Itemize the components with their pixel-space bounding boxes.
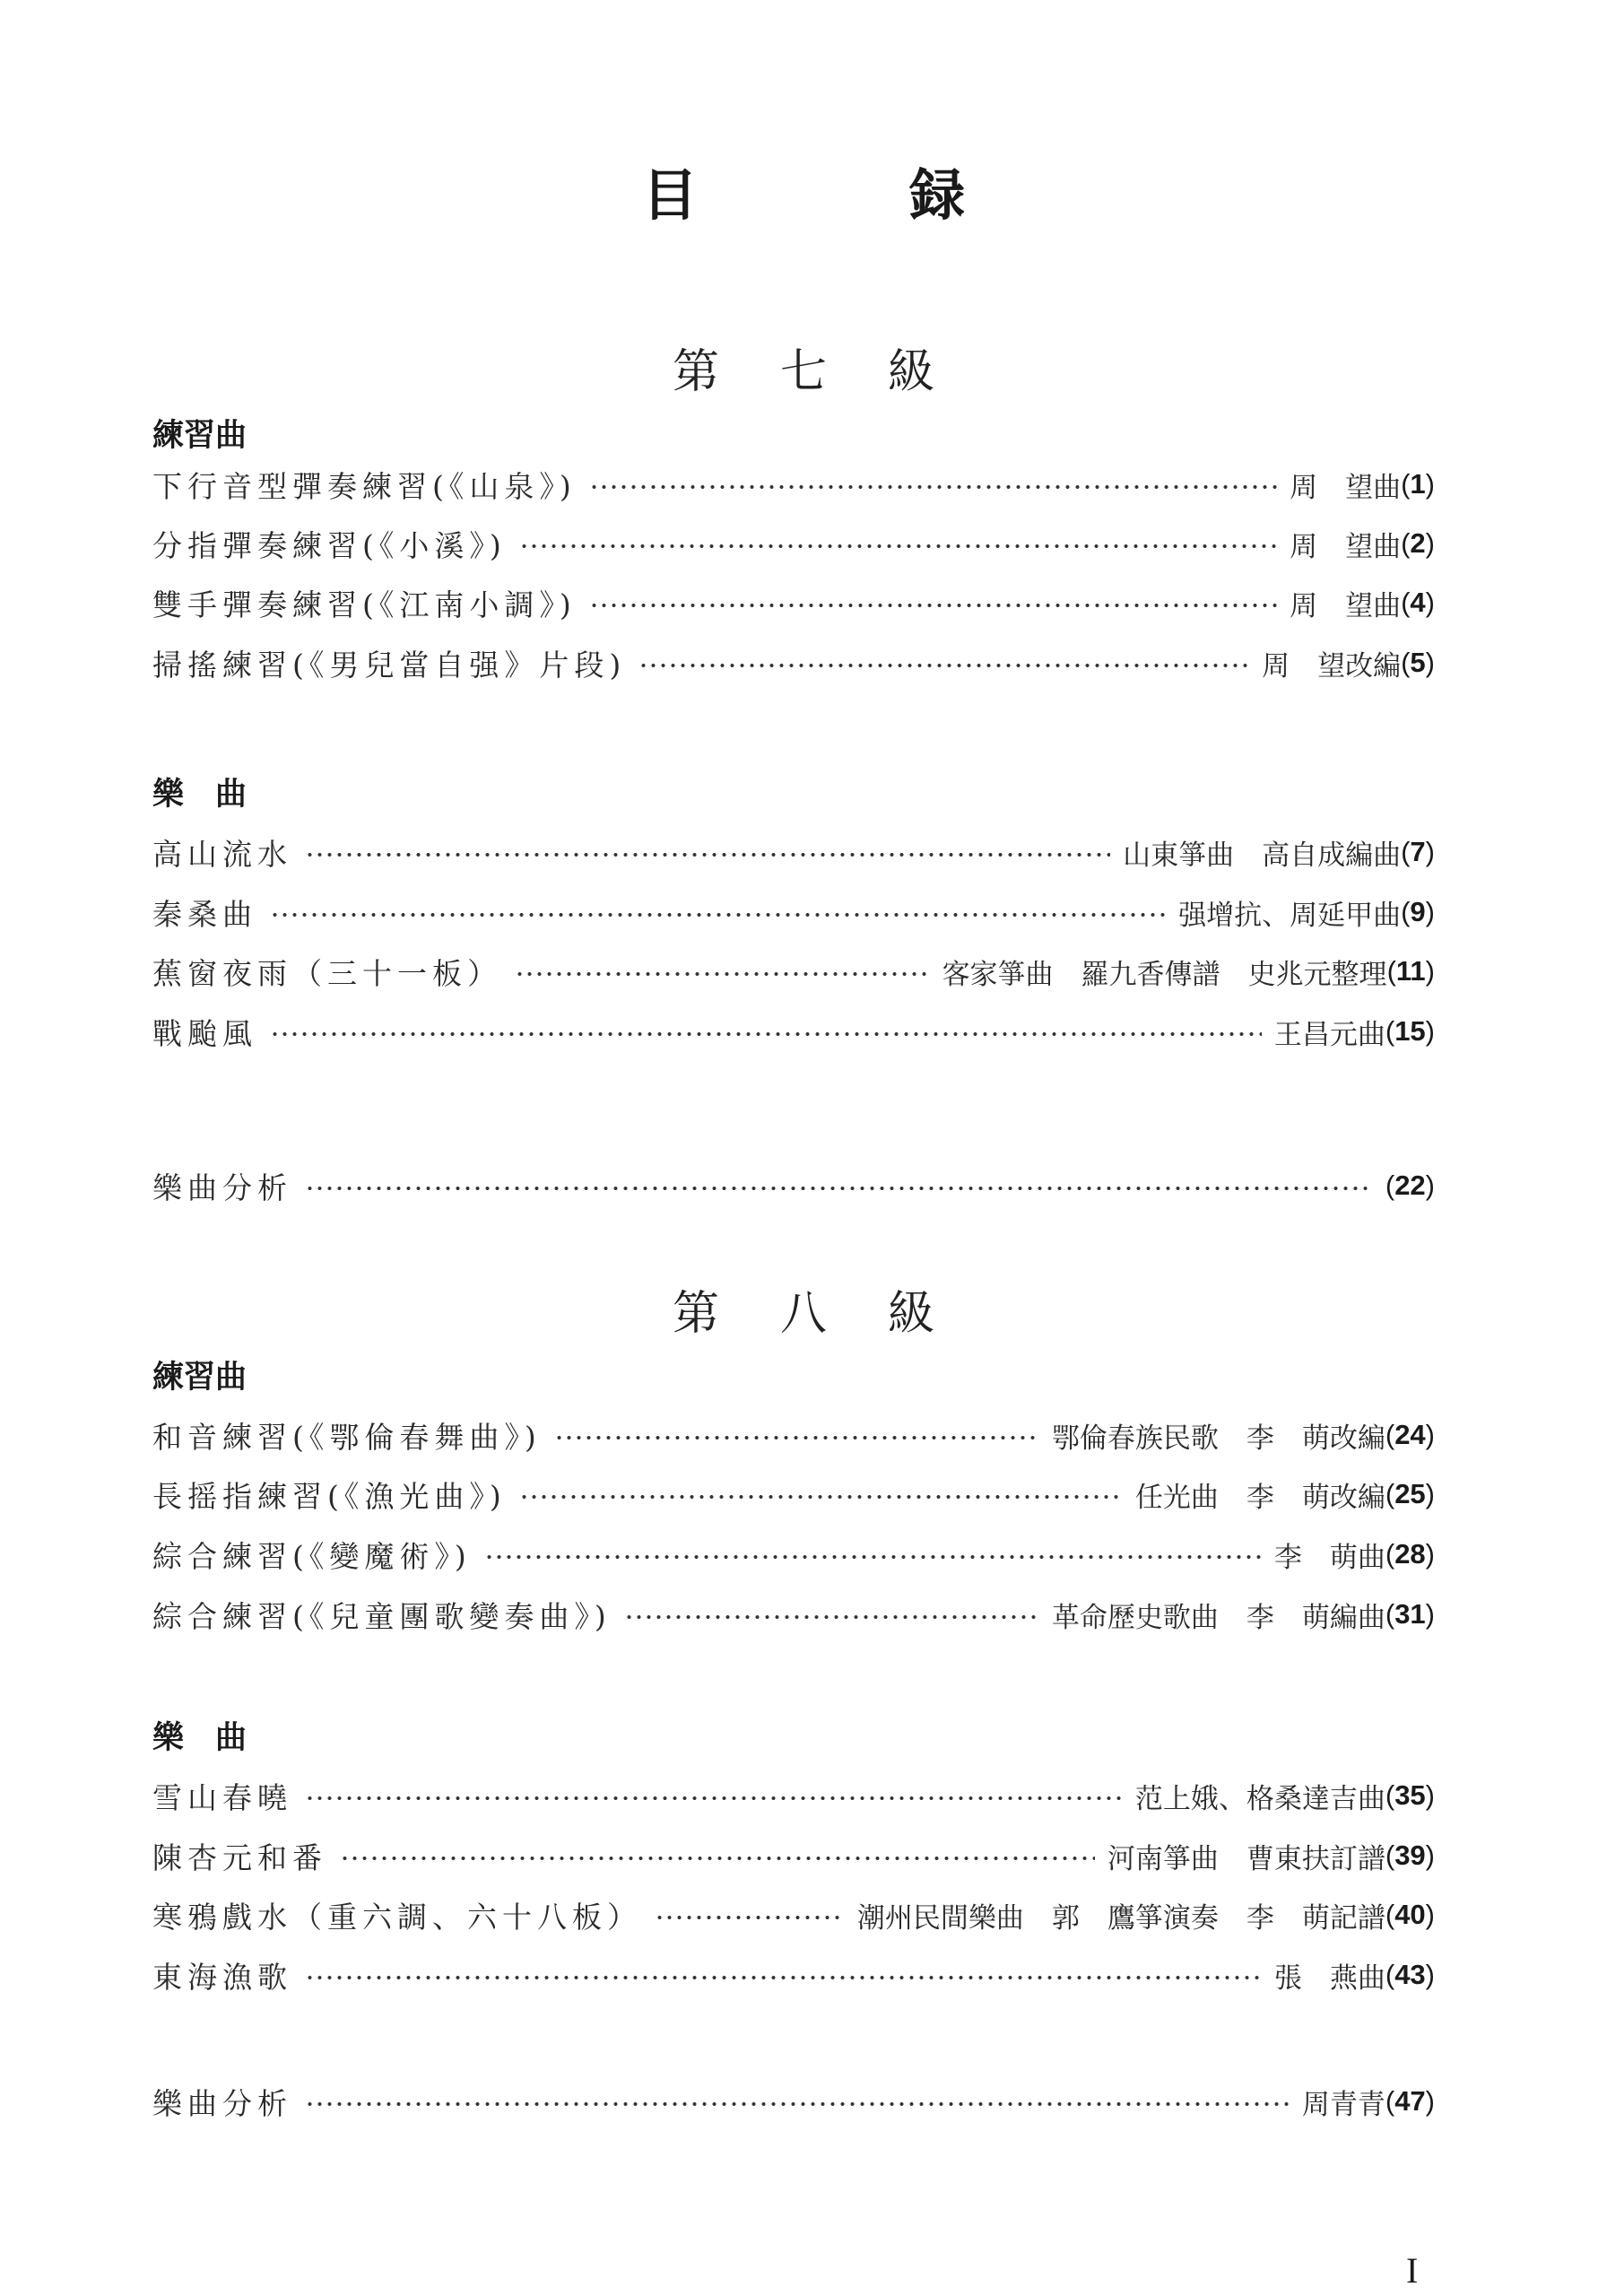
entry-title: 陳杏元和番 (152, 1835, 327, 1877)
category-label-etudes: 練習曲 (152, 411, 247, 456)
entry-author: 潮州民間樂曲 郭 鷹箏演奏 李 萌記譜 (857, 1895, 1385, 1935)
entry-page: (1) (1401, 468, 1435, 500)
toc-entry[interactable]: 雪山春曉 范上娥、格桑達吉曲 (35) (152, 1773, 1435, 1818)
entry-title: 秦桑曲 (152, 891, 257, 934)
toc-entry-analysis[interactable]: 樂曲分析 周青青 (47) (152, 2079, 1435, 2124)
entry-title: 綜合練習(《兒童團歌變奏曲》) (152, 1594, 612, 1636)
toc-entry[interactable]: 綜合練習(《兒童團歌變奏曲》) 革命歷史歌曲 李 萌編曲 (31) (152, 1592, 1435, 1637)
grade-7-heading: 第七級 (0, 334, 1607, 401)
entry-author: 李 萌曲 (1274, 1535, 1385, 1575)
dot-leader (589, 604, 1277, 607)
entry-title: 掃搖練習(《男兒當自强》片段) (152, 642, 626, 684)
entry-page: (2) (1401, 527, 1435, 560)
heading-char: 第 (673, 1275, 719, 1343)
entry-author: 周青青 (1302, 2082, 1385, 2122)
entry-page: (5) (1401, 647, 1435, 679)
entry-author: 山東箏曲 高自成編曲 (1123, 832, 1401, 873)
category-label-pieces: 樂 曲 (152, 1713, 247, 1758)
dot-leader (305, 1796, 1123, 1800)
entry-title: 樂曲分析 (152, 2081, 292, 2123)
toc-entry[interactable]: 綜合練習(《變魔術》) 李 萌曲 (28) (152, 1532, 1435, 1577)
category-label-etudes: 練習曲 (152, 1352, 247, 1397)
toc-entry[interactable]: 下行音型彈奏練習(《山泉》) 周 望曲 (1) (152, 462, 1435, 507)
entry-author: 周 望曲 (1290, 583, 1401, 623)
entry-page: (31) (1385, 1598, 1435, 1631)
dot-leader (305, 1187, 1373, 1190)
entry-title: 寒鴉戲水（重六調、六十八板） (152, 1894, 642, 1936)
toc-entry[interactable]: 秦桑曲 强增抗、周延甲曲 (9) (152, 890, 1435, 935)
toc-entry[interactable]: 戰颱風 王昌元曲 (15) (152, 1009, 1435, 1054)
toc-entry-analysis[interactable]: 樂曲分析 (22) (152, 1163, 1435, 1208)
entry-page: (24) (1385, 1419, 1435, 1451)
entry-author: 革命歷史歌曲 李 萌編曲 (1052, 1595, 1385, 1635)
entry-title: 長摇指練習(《漁光曲》) (152, 1474, 507, 1516)
title-char: 目 (642, 151, 698, 230)
dot-leader (270, 913, 1166, 917)
entry-page: (22) (1385, 1170, 1435, 1202)
toc-entry[interactable]: 長摇指練習(《漁光曲》) 任光曲 李 萌改編 (25) (152, 1472, 1435, 1517)
entry-author: 周 望曲 (1290, 524, 1401, 564)
title-char: 録 (909, 151, 965, 230)
dot-leader (270, 1032, 1262, 1036)
entry-page: (28) (1385, 1538, 1435, 1570)
entry-author: 周 望改編 (1262, 643, 1401, 683)
entry-page: (39) (1385, 1839, 1435, 1872)
dot-leader (638, 664, 1249, 667)
entry-page: (25) (1385, 1478, 1435, 1510)
toc-entry[interactable]: 蕉窗夜雨（三十一板） 客家箏曲 羅九香傳譜 史兆元整理 (11) (152, 949, 1435, 994)
dot-leader (515, 972, 930, 976)
entry-author: 强增抗、周延甲曲 (1178, 892, 1401, 933)
dot-leader (519, 1495, 1123, 1499)
category-label-pieces: 樂 曲 (152, 770, 247, 814)
dot-leader (305, 853, 1110, 857)
toc-entry[interactable]: 雙手彈奏練習(《江南小調》) 周 望曲 (4) (152, 580, 1435, 625)
entry-title: 下行音型彈奏練習(《山泉》) (152, 464, 577, 506)
dot-leader (340, 1857, 1095, 1860)
entry-title: 高山流水 (152, 831, 292, 874)
heading-char: 級 (888, 1275, 934, 1343)
toc-entry[interactable]: 和音練習(《鄂倫春舞曲》) 鄂倫春族民歌 李 萌改編 (24) (152, 1413, 1435, 1457)
toc-entry[interactable]: 東海漁歌 張 燕曲 (43) (152, 1952, 1435, 1997)
entry-author: 河南箏曲 曹東扶訂譜 (1108, 1836, 1385, 1876)
dot-leader (484, 1555, 1262, 1559)
entry-title: 東海漁歌 (152, 1954, 292, 1996)
heading-char: 級 (888, 334, 934, 401)
heading-char: 第 (673, 334, 719, 401)
entry-page: (9) (1401, 896, 1435, 928)
entry-title: 分指彈奏練習(《小溪》) (152, 523, 507, 565)
dot-leader (554, 1436, 1039, 1439)
entry-author: 任光曲 李 萌改編 (1135, 1474, 1385, 1515)
entry-page: (4) (1401, 587, 1435, 619)
entry-page: (11) (1387, 955, 1435, 987)
entry-title: 戰颱風 (152, 1011, 257, 1053)
entry-page: (15) (1385, 1015, 1435, 1048)
entry-author: 鄂倫春族民歌 李 萌改編 (1052, 1415, 1385, 1456)
entry-title: 和音練習(《鄂倫春舞曲》) (152, 1414, 542, 1457)
entry-author: 張 燕曲 (1274, 1955, 1385, 1996)
dot-leader (519, 544, 1277, 548)
entry-author: 王昌元曲 (1274, 1012, 1385, 1052)
toc-entry[interactable]: 分指彈奏練習(《小溪》) 周 望曲 (2) (152, 521, 1435, 566)
toc-entry[interactable]: 寒鴉戲水（重六調、六十八板） 潮州民間樂曲 郭 鷹箏演奏 李 萌記譜 (40) (152, 1892, 1435, 1937)
toc-entry[interactable]: 陳杏元和番 河南箏曲 曹東扶訂譜 (39) (152, 1833, 1435, 1878)
entry-page: (40) (1385, 1899, 1435, 1931)
entry-page: (35) (1385, 1779, 1435, 1812)
toc-entry[interactable]: 掃搖練習(《男兒當自强》片段) 周 望改編 (5) (152, 640, 1435, 685)
toc-entry[interactable]: 高山流水 山東箏曲 高自成編曲 (7) (152, 830, 1435, 874)
entry-title: 綜合練習(《變魔術》) (152, 1534, 472, 1576)
entry-author: 客家箏曲 羅九香傳譜 史兆元整理 (942, 952, 1387, 992)
heading-char: 七 (780, 334, 827, 401)
dot-leader (305, 1976, 1262, 1979)
dot-leader (589, 485, 1277, 489)
entry-author: 周 望曲 (1290, 465, 1401, 505)
entry-title: 雪山春曉 (152, 1775, 292, 1817)
grade-8-heading: 第八級 (0, 1275, 1607, 1343)
entry-title: 樂曲分析 (152, 1165, 292, 1207)
entry-author: 范上娥、格桑達吉曲 (1135, 1776, 1385, 1816)
entry-page: (43) (1385, 1959, 1435, 1991)
entry-title: 雙手彈奏練習(《江南小調》) (152, 582, 577, 624)
page-title: 目録 (0, 151, 1607, 230)
heading-char: 八 (780, 1275, 827, 1343)
dot-leader (655, 1916, 845, 1919)
dot-leader (624, 1615, 1039, 1619)
entry-page: (47) (1385, 2085, 1435, 2118)
page-number: I (1406, 2249, 1418, 2292)
entry-title: 蕉窗夜雨（三十一板） (152, 951, 502, 993)
dot-leader (305, 2102, 1290, 2106)
entry-page: (7) (1401, 836, 1435, 868)
